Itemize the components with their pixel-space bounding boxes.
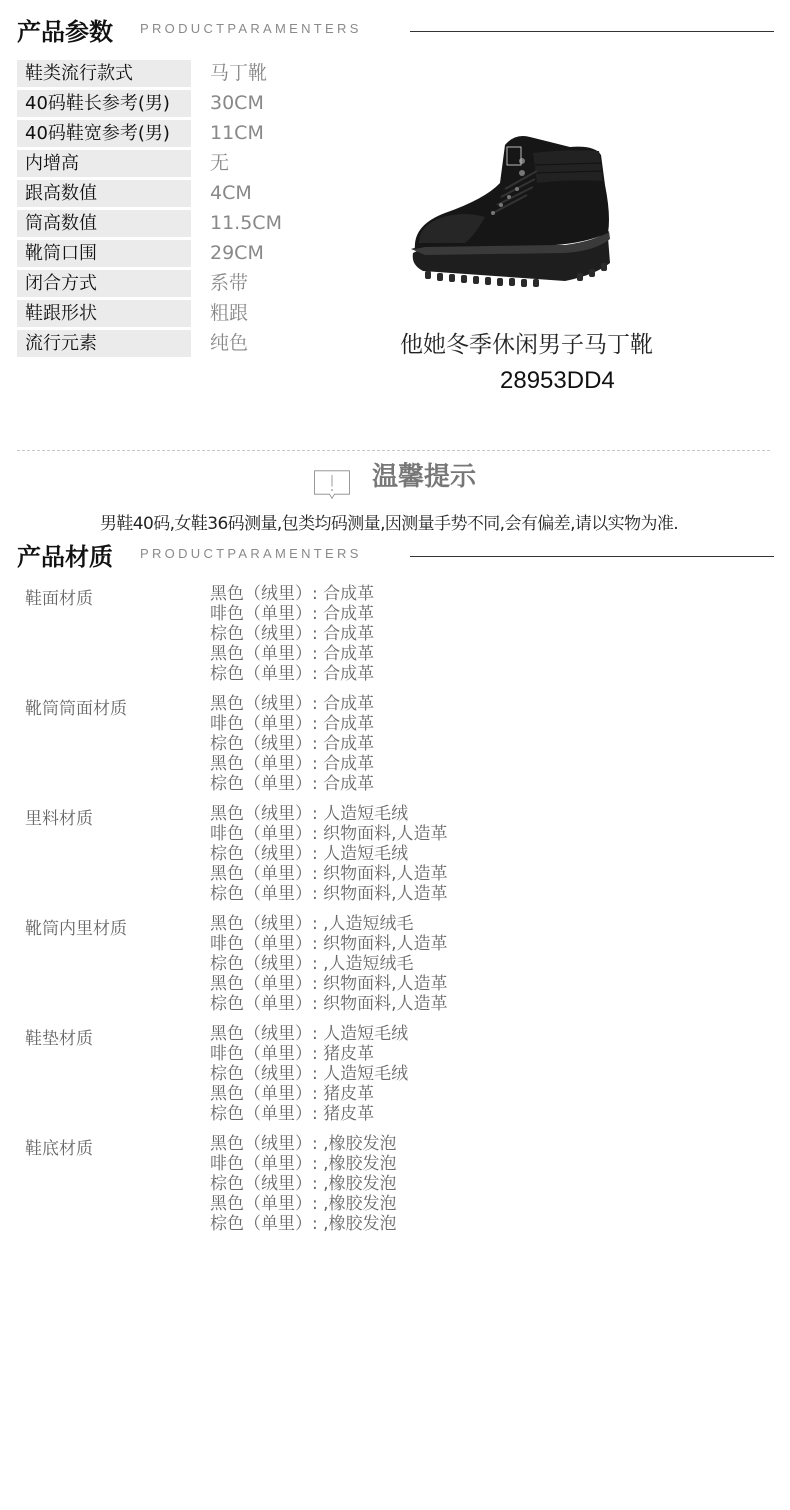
material-label: 鞋垫材质 [25,1024,93,1049]
material-group: 里料材质 黑色（绒里）: 人造短毛绒 啡色（单里）: 织物面料,人造革 棕色（绒… [0,804,790,914]
material-line: 黑色（绒里）: ,橡胶发泡 [210,1134,397,1154]
param-row: 内增高无 [17,150,397,180]
param-row: 鞋类流行款式马丁靴 [17,60,397,90]
param-value: 30CM [210,90,264,117]
material-values: 黑色（绒里）: ,人造短绒毛 啡色（单里）: 织物面料,人造革 棕色（绒里）: … [210,914,448,1014]
param-value: 29CM [210,240,264,267]
material-line: 黑色（绒里）: ,人造短绒毛 [210,914,448,934]
material-values: 黑色（绒里）: 合成革 啡色（单里）: 合成革 棕色（绒里）: 合成革 黑色（单… [210,584,374,684]
material-values: 黑色（绒里）: 人造短毛绒 啡色（单里）: 织物面料,人造革 棕色（绒里）: 人… [210,804,448,904]
product-code: 28953DD4 [500,367,615,395]
material-line: 啡色（单里）: ,橡胶发泡 [210,1154,397,1174]
product-name: 他她冬季休闲男子马丁靴 [400,326,653,359]
param-label: 流行元素 [17,330,191,357]
material-line: 啡色（单里）: 猪皮革 [210,1044,408,1064]
param-label: 闭合方式 [17,270,191,297]
param-value: 马丁靴 [210,60,267,87]
param-row: 筒高数值11.5CM [17,210,397,240]
material-line: 棕色（单里）: 合成革 [210,774,374,794]
materials-list: 鞋面材质 黑色（绒里）: 合成革 啡色（单里）: 合成革 棕色（绒里）: 合成革… [0,584,790,1244]
material-line: 啡色（单里）: 织物面料,人造革 [210,934,448,954]
materials-section-title: 产品材质 [17,537,113,572]
material-label: 靴筒筒面材质 [25,694,127,719]
materials-section-subtitle: PRODUCTPARAMENTERS [140,546,362,561]
params-section-subtitle: PRODUCTPARAMENTERS [140,21,362,36]
material-line: 棕色（绒里）: ,橡胶发泡 [210,1174,397,1194]
header-divider [410,31,774,32]
param-label: 筒高数值 [17,210,191,237]
param-value: 无 [210,150,229,177]
param-label: 内增高 [17,150,191,177]
material-group: 鞋底材质 黑色（绒里）: ,橡胶发泡 啡色（单里）: ,橡胶发泡 棕色（绒里）:… [0,1134,790,1244]
material-label: 里料材质 [25,804,93,829]
material-line: 棕色（绒里）: 合成革 [210,734,374,754]
material-line: 棕色（单里）: 织物面料,人造革 [210,994,448,1014]
param-value: 纯色 [210,330,248,357]
material-line: 黑色（绒里）: 人造短毛绒 [210,1024,408,1044]
material-line: 黑色（绒里）: 人造短毛绒 [210,804,448,824]
material-line: 黑色（单里）: 合成革 [210,754,374,774]
notice-title: 温馨提示 [372,456,476,493]
material-line: 黑色（单里）: 合成革 [210,644,374,664]
param-value: 4CM [210,180,252,207]
param-row: 靴筒口围29CM [17,240,397,270]
param-value: 11CM [210,120,264,147]
material-line: 啡色（单里）: 合成革 [210,604,374,624]
material-line: 棕色（绒里）: 人造短毛绒 [210,844,448,864]
param-row: 跟高数值4CM [17,180,397,210]
material-line: 棕色（单里）: 猪皮革 [210,1104,408,1124]
params-section-title: 产品参数 [17,12,113,47]
param-row: 40码鞋长参考(男)30CM [17,90,397,120]
param-label: 靴筒口围 [17,240,191,267]
material-line: 黑色（单里）: ,橡胶发泡 [210,1194,397,1214]
material-line: 黑色（单里）: 织物面料,人造革 [210,864,448,884]
params-section-header: 产品参数 PRODUCTPARAMENTERS [0,8,790,48]
material-group: 鞋垫材质 黑色（绒里）: 人造短毛绒 啡色（单里）: 猪皮革 棕色（绒里）: 人… [0,1024,790,1134]
material-line: 棕色（单里）: ,橡胶发泡 [210,1214,397,1234]
material-line: 棕色（绒里）: 合成革 [210,624,374,644]
material-group: 鞋面材质 黑色（绒里）: 合成革 啡色（单里）: 合成革 棕色（绒里）: 合成革… [0,584,790,694]
material-line: 黑色（单里）: 猪皮革 [210,1084,408,1104]
material-group: 靴筒筒面材质 黑色（绒里）: 合成革 啡色（单里）: 合成革 棕色（绒里）: 合… [0,694,790,804]
material-label: 靴筒内里材质 [25,914,127,939]
notice-text: 男鞋40码,女鞋36码测量,包类均码测量,因测量手势不同,会有偏差,请以实物为准… [100,509,678,534]
param-row: 40码鞋宽参考(男)11CM [17,120,397,150]
param-label: 跟高数值 [17,180,191,207]
material-values: 黑色（绒里）: 合成革 啡色（单里）: 合成革 棕色（绒里）: 合成革 黑色（单… [210,694,374,794]
material-line: 棕色（单里）: 合成革 [210,664,374,684]
material-values: 黑色（绒里）: 人造短毛绒 啡色（单里）: 猪皮革 棕色（绒里）: 人造短毛绒 … [210,1024,408,1124]
header-divider [410,556,774,557]
param-label: 40码鞋宽参考(男) [17,120,191,147]
param-value: 11.5CM [210,210,282,237]
material-line: 黑色（绒里）: 合成革 [210,694,374,714]
param-value: 粗跟 [210,300,248,327]
material-label: 鞋底材质 [25,1134,93,1159]
material-line: 棕色（绒里）: ,人造短绒毛 [210,954,448,974]
dashed-divider [17,450,770,451]
material-label: 鞋面材质 [25,584,93,609]
material-line: 黑色（单里）: 织物面料,人造革 [210,974,448,994]
param-label: 40码鞋长参考(男) [17,90,191,117]
material-line: 棕色（绒里）: 人造短毛绒 [210,1064,408,1084]
exclamation-speech-bubble-icon [310,470,354,500]
param-row: 流行元素纯色 [17,330,397,360]
product-image-boot [405,125,615,295]
material-line: 黑色（绒里）: 合成革 [210,584,374,604]
material-line: 啡色（单里）: 合成革 [210,714,374,734]
material-group: 靴筒内里材质 黑色（绒里）: ,人造短绒毛 啡色（单里）: 织物面料,人造革 棕… [0,914,790,1024]
material-values: 黑色（绒里）: ,橡胶发泡 啡色（单里）: ,橡胶发泡 棕色（绒里）: ,橡胶发… [210,1134,397,1234]
material-line: 啡色（单里）: 织物面料,人造革 [210,824,448,844]
param-label: 鞋跟形状 [17,300,191,327]
param-row: 闭合方式系带 [17,270,397,300]
param-label: 鞋类流行款式 [17,60,191,87]
param-value: 系带 [210,270,248,297]
materials-section-header: 产品材质 PRODUCTPARAMENTERS [0,533,790,573]
param-row: 鞋跟形状粗跟 [17,300,397,330]
params-table: 鞋类流行款式马丁靴 40码鞋长参考(男)30CM 40码鞋宽参考(男)11CM … [17,60,397,360]
material-line: 棕色（单里）: 织物面料,人造革 [210,884,448,904]
